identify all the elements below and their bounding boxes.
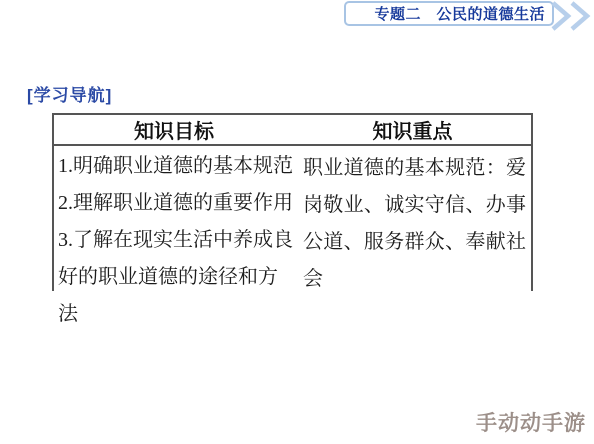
- double-chevron-right-icon: [550, 1, 594, 31]
- slide-page: 专题二 公民的道德生活 [学习导航] 知识目标 知识重点 1.明确职业道德的基本…: [0, 0, 594, 444]
- learning-nav-table: 知识目标 知识重点 1.明确职业道德的基本规范 2.理解职业道德的重要作用 3.…: [52, 113, 533, 291]
- watermark: 手动动手游: [476, 407, 586, 437]
- goal-item-3: 3.了解在现实生活中养成良好的职业道德的途径和方法: [58, 222, 294, 333]
- section-label: [学习导航]: [27, 81, 112, 106]
- goal-item-2: 2.理解职业道德的重要作用: [58, 185, 294, 222]
- goal-item-1: 1.明确职业道德的基本规范: [58, 148, 294, 185]
- table-header-row: 知识目标 知识重点: [54, 115, 531, 146]
- key-points-cell: 职业道德的基本规范：爱岗敬业、诚实守信、办事公道、服务群众、奉献社会: [294, 146, 531, 333]
- goals-cell: 1.明确职业道德的基本规范 2.理解职业道德的重要作用 3.了解在现实生活中养成…: [54, 146, 294, 333]
- header-title: 专题二 公民的道德生活: [374, 3, 545, 24]
- header-title-box: 专题二 公民的道德生活: [344, 1, 554, 26]
- column-header-key-points: 知识重点: [294, 115, 531, 144]
- column-header-goals: 知识目标: [54, 115, 294, 144]
- table-body-row: 1.明确职业道德的基本规范 2.理解职业道德的重要作用 3.了解在现实生活中养成…: [54, 146, 531, 333]
- key-points-text: 职业道德的基本规范：爱岗敬业、诚实守信、办事公道、服务群众、奉献社会: [303, 150, 526, 298]
